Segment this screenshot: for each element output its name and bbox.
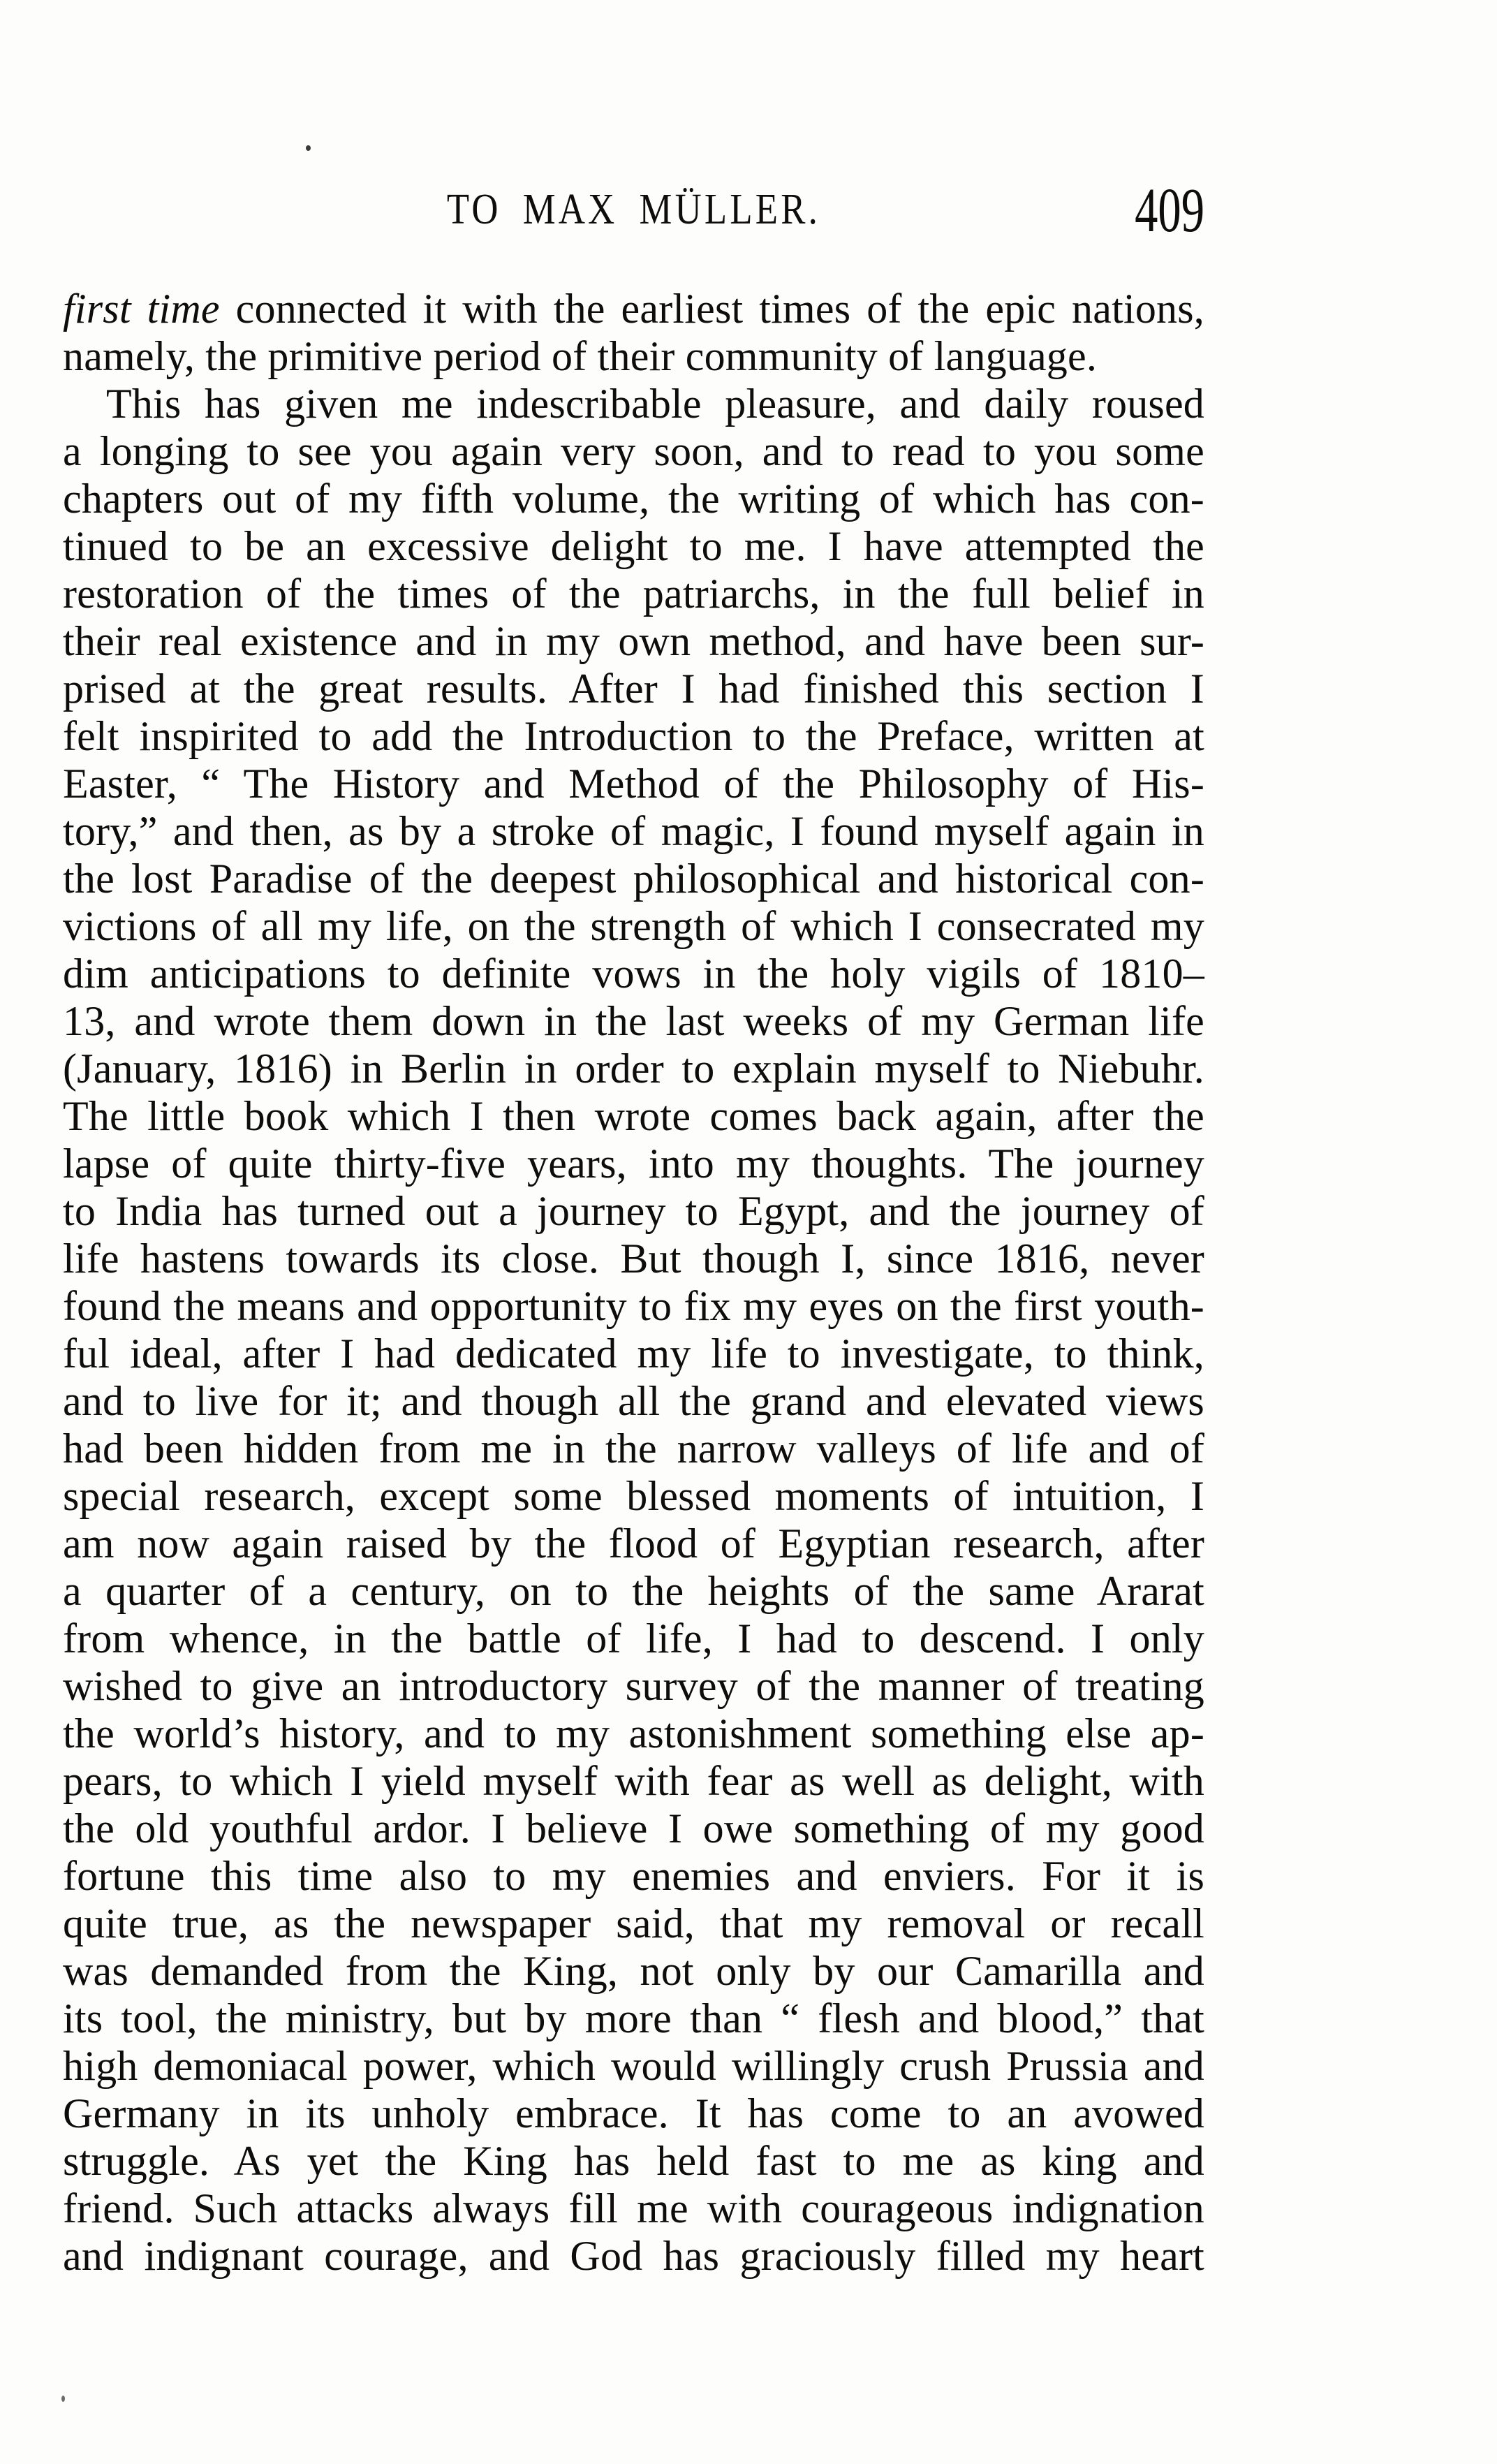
text-line: tinued to be an excessive delight to me.… bbox=[63, 522, 1204, 570]
scan-speck bbox=[61, 2396, 65, 2402]
scan-speck bbox=[306, 145, 311, 151]
letter-body: first time connected it with the earlies… bbox=[63, 285, 1204, 2280]
text-line: the lost Paradise of the deepest philoso… bbox=[63, 855, 1204, 902]
text-line: from whence, in the battle of life, I ha… bbox=[63, 1615, 1204, 1662]
text-line: found the means and opportunity to fix m… bbox=[63, 1282, 1204, 1330]
text-line: a quarter of a century, on to the height… bbox=[63, 1567, 1204, 1615]
book-page-scan: TO MAX MÜLLER. 409 first time connected … bbox=[0, 0, 1497, 2464]
page-number: 409 bbox=[1135, 176, 1204, 246]
text-line: life hastens towards its close. But thou… bbox=[63, 1235, 1204, 1282]
text-line: chapters out of my fifth volume, the wri… bbox=[63, 475, 1204, 522]
text-line: fortune this time also to my enemies and… bbox=[63, 1852, 1204, 1900]
text-line: friend. Such attacks always fill me with… bbox=[63, 2185, 1204, 2232]
text-line: pears, to which I yield myself with fear… bbox=[63, 1757, 1204, 1805]
text-line: wished to give an introductory survey of… bbox=[63, 1662, 1204, 1710]
text-line: (January, 1816) in Berlin in order to ex… bbox=[63, 1045, 1204, 1092]
text-line: was demanded from the King, not only by … bbox=[63, 1947, 1204, 1995]
text-line: Easter, “ The History and Method of the … bbox=[63, 760, 1204, 807]
text-line: namely, the primitive period of their co… bbox=[63, 332, 1204, 380]
paragraph: first time connected it with the earlies… bbox=[63, 285, 1204, 380]
text-line: lapse of quite thirty-five years, into m… bbox=[63, 1140, 1204, 1187]
text-line: victions of all my life, on the strength… bbox=[63, 902, 1204, 950]
text-line: felt inspirited to add the Introduction … bbox=[63, 712, 1204, 760]
text-line: special research, except some blessed mo… bbox=[63, 1472, 1204, 1520]
text-line: the world’s history, and to my astonishm… bbox=[63, 1710, 1204, 1757]
text-line: a longing to see you again very soon, an… bbox=[63, 427, 1204, 475]
text-line: their real existence and in my own metho… bbox=[63, 617, 1204, 665]
text-line: and indignant courage, and God has graci… bbox=[63, 2232, 1204, 2280]
text-line: The little book which I then wrote comes… bbox=[63, 1092, 1204, 1140]
text-line: to India has turned out a journey to Egy… bbox=[63, 1187, 1204, 1235]
text-line: ful ideal, after I had dedicated my life… bbox=[63, 1330, 1204, 1377]
text-line: prised at the great results. After I had… bbox=[63, 665, 1204, 712]
text-line: high demoniacal power, which would willi… bbox=[63, 2042, 1204, 2090]
text-line: quite true, as the newspaper said, that … bbox=[63, 1900, 1204, 1947]
text-line: 13, and wrote them down in the last week… bbox=[63, 997, 1204, 1045]
text-line: dim anticipations to definite vows in th… bbox=[63, 950, 1204, 997]
text-line: first time connected it with the earlies… bbox=[63, 285, 1204, 332]
text-line: had been hidden from me in the narrow va… bbox=[63, 1425, 1204, 1472]
paragraph: This has given me indescribable pleasure… bbox=[63, 380, 1204, 2280]
text-line: am now again raised by the flood of Egyp… bbox=[63, 1520, 1204, 1567]
text-line: restoration of the times of the patriarc… bbox=[63, 570, 1204, 617]
text-line: This has given me indescribable pleasure… bbox=[63, 380, 1204, 427]
page-title: TO MAX MÜLLER. bbox=[149, 176, 1119, 243]
text-line: the old youthful ardor. I believe I owe … bbox=[63, 1805, 1204, 1852]
running-head: TO MAX MÜLLER. 409 bbox=[63, 176, 1204, 246]
text-line: its tool, the ministry, but by more than… bbox=[63, 1995, 1204, 2042]
text-line: Germany in its unholy embrace. It has co… bbox=[63, 2090, 1204, 2137]
text-line: struggle. As yet the King has held fast … bbox=[63, 2137, 1204, 2185]
text-line: and to live for it; and though all the g… bbox=[63, 1377, 1204, 1425]
text-line: tory,” and then, as by a stroke of magic… bbox=[63, 807, 1204, 855]
